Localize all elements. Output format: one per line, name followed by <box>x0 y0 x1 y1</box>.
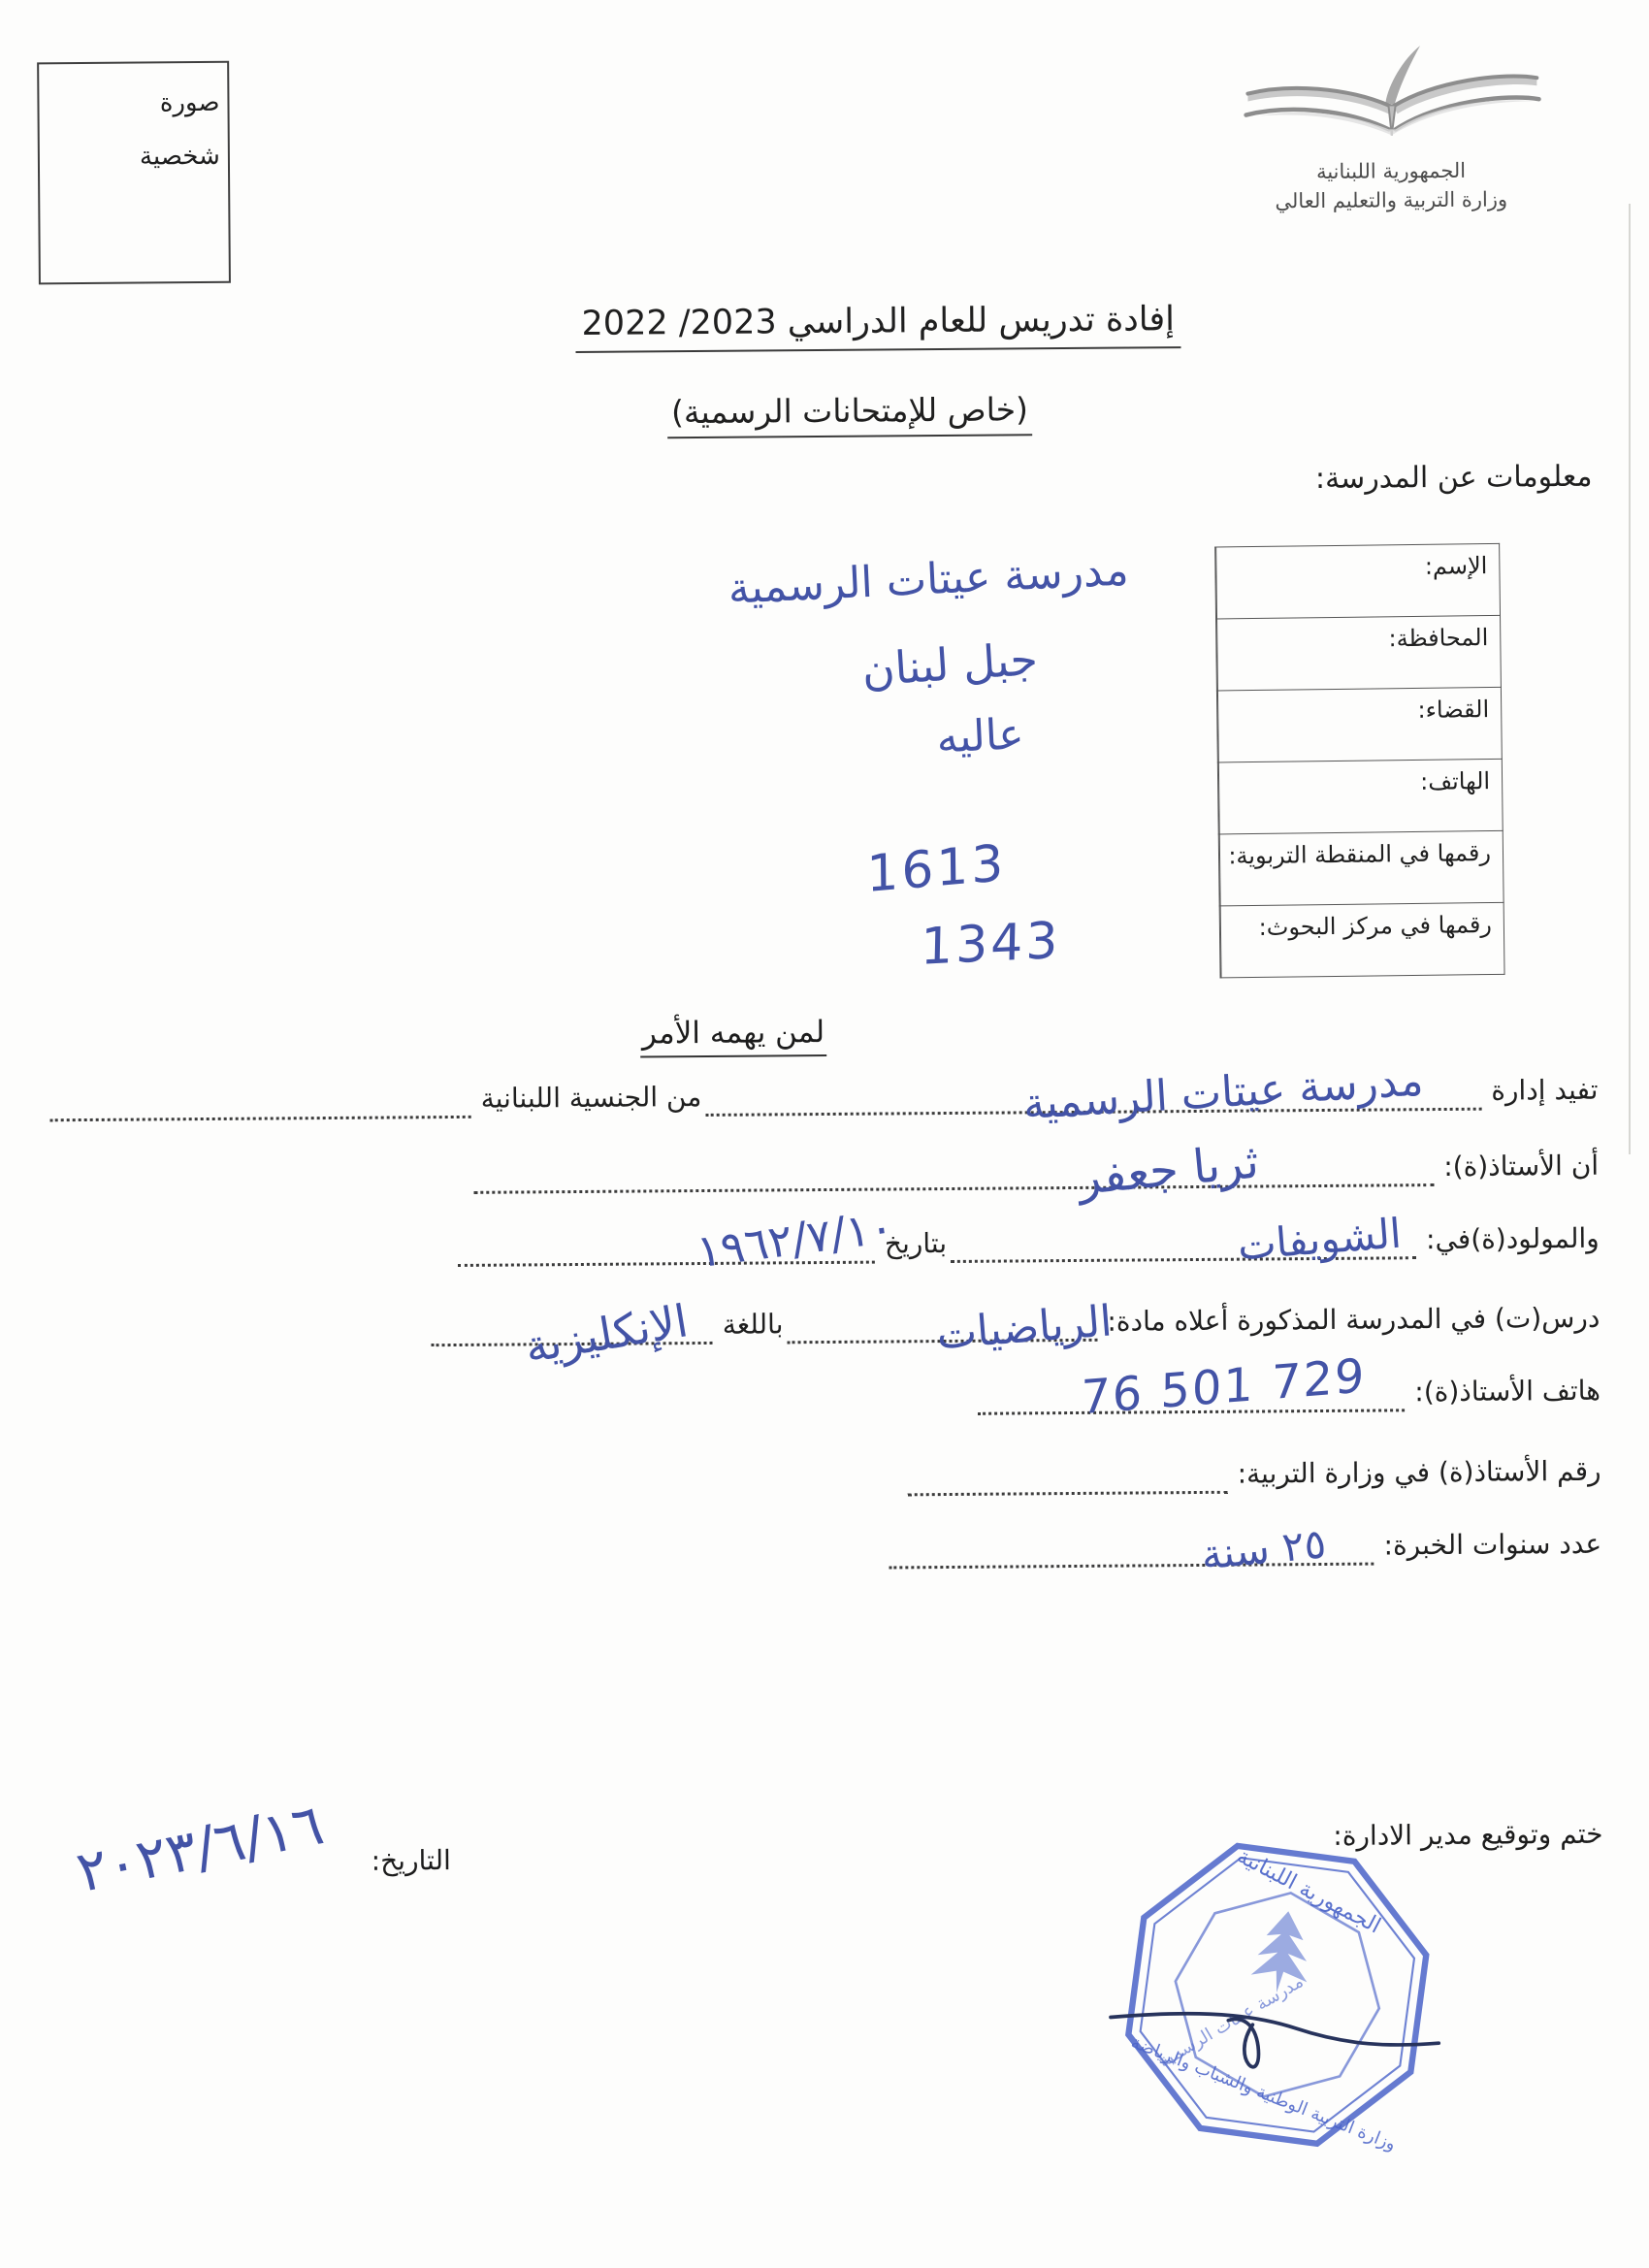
handwritten-birthdate: ١٩٦٢/٧/١٠ <box>694 1200 896 1278</box>
line1-dotted-field: مدرسة عيتات الرسمية <box>705 1072 1481 1117</box>
table-row-research-center-number: رقمها في مركز البحوث: 1343 <box>1219 902 1504 978</box>
row-label-governorate: المحافظة: <box>1217 615 1502 691</box>
handwritten-subject: الرياضيات <box>935 1296 1114 1359</box>
ministry-name-line2: وزارة التربية والتعليم العالي <box>1212 184 1570 216</box>
photo-box-label-line2: شخصية <box>40 129 220 183</box>
statement-line-school: تفيد إدارة مدرسة عيتات الرسمية من الجنسي… <box>49 1052 1601 1122</box>
line5-dotted-phone: 76 501 729 <box>978 1373 1405 1414</box>
line1-post: من الجنسية اللبنانية <box>471 1081 706 1118</box>
statement-line-phone: هاتف الأستاذ(ة): 76 501 729 <box>52 1352 1604 1423</box>
handwritten-school-name: مدرسة عيتات الرسمية <box>727 545 1129 613</box>
school-info-table: الإسم: مدرسة عيتات الرسمية المحافظة: جبل… <box>1214 543 1504 979</box>
handwritten-teacher-phone: 76 501 729 <box>1081 1348 1366 1425</box>
open-book-icon <box>1230 41 1551 158</box>
line3-dotted-birthdate: ١٩٦٢/٧/١٠ <box>458 1225 875 1267</box>
line7-dotted-experience: ٢٥ سنة <box>889 1527 1374 1570</box>
row-label-research-center-number: رقمها في مركز البحوث: <box>1220 902 1504 978</box>
statement-body: تفيد إدارة مدرسة عيتات الرسمية من الجنسي… <box>49 1052 1606 1646</box>
line3-dotted-birthplace: الشويفات <box>951 1220 1416 1263</box>
table-row-phone: الهاتف: <box>1217 759 1503 834</box>
line4-dotted-language: الإنكليزية <box>432 1306 713 1346</box>
line2-dotted-field: ثريا جعفر <box>473 1148 1434 1194</box>
photo-box-label-line1: صورة <box>39 77 219 131</box>
statement-line-subject: درس(ت) في المدرسة المذكورة أعلاه مادة: ا… <box>51 1280 1603 1350</box>
table-row-district: القضاء: عاليه <box>1216 687 1502 762</box>
document-title-row: إفادة تدريس للعام الدراسي 2023/ 2022 <box>0 296 1644 357</box>
statement-line-experience: عدد سنوات الخبرة: ٢٥ سنة <box>53 1506 1605 1576</box>
statement-line-ministry-number: رقم الأستاذ(ة) في وزارة التربية: <box>52 1433 1604 1504</box>
line1-dotted-tail <box>49 1080 470 1121</box>
line2-pre: أن الأستاذ(ة): <box>1434 1150 1602 1186</box>
table-row-governorate: المحافظة: جبل لبنان <box>1216 615 1502 691</box>
ministry-stamp: الجمهورية اللبنانية وزارة التربية الوطني… <box>1083 1808 1472 2181</box>
document-subtitle: (خاص للإمتحانات الرسمية) <box>667 390 1032 438</box>
document-content: صورة شخصية الجمهورية اللبنانية وزارة الت… <box>0 0 1649 2268</box>
statement-heading: لمن يهمه الأمر <box>640 1015 826 1058</box>
handwritten-school-name-statement: مدرسة عيتات الرسمية <box>1021 1055 1424 1129</box>
row-label-district: القضاء: <box>1217 687 1502 762</box>
table-row-name: الإسم: مدرسة عيتات الرسمية <box>1215 543 1501 619</box>
handwritten-governorate: جبل لبنان <box>860 632 1039 697</box>
photo-placeholder-box: صورة شخصية <box>37 61 231 285</box>
row-label-phone: الهاتف: <box>1218 759 1503 834</box>
line7-pre: عدد سنوات الخبرة: <box>1374 1528 1605 1566</box>
school-info-heading: معلومات عن المدرسة: <box>1315 460 1593 496</box>
statement-line-teacher: أن الأستاذ(ة): ثريا جعفر <box>50 1127 1602 1198</box>
handwritten-teacher-name: ثريا جعفر <box>1076 1134 1261 1205</box>
line3-pre: والمولود(ة)في: <box>1416 1222 1603 1260</box>
document-title: إفادة تدريس للعام الدراسي 2023/ 2022 <box>575 300 1180 353</box>
line4-pre: درس(ت) في المدرسة المذكورة أعلاه مادة: <box>1097 1302 1603 1342</box>
ministry-logo: الجمهورية اللبنانية وزارة التربية والتعل… <box>1211 41 1570 217</box>
handwritten-district: عاليه <box>935 709 1024 762</box>
ministry-name-line1: الجمهورية اللبنانية <box>1212 155 1570 187</box>
line6-dotted-empty <box>908 1455 1228 1497</box>
line5-pre: هاتف الأستاذ(ة): <box>1405 1375 1604 1412</box>
row-label-name: الإسم: <box>1216 543 1501 619</box>
scanned-document-page: صورة شخصية الجمهورية اللبنانية وزارة الت… <box>0 0 1649 2268</box>
statement-line-birth: والمولود(ة)في: الشويفات بتاريخ ١٩٦٢/٧/١٠ <box>50 1200 1602 1271</box>
octagonal-stamp-icon: الجمهورية اللبنانية وزارة التربية الوطني… <box>1083 1808 1472 2181</box>
line4-post: باللغة <box>713 1308 788 1345</box>
handwritten-date: ٢٠٢٣/٦/١٦ <box>71 1791 329 1905</box>
handwritten-birthplace: الشويفات <box>1237 1210 1404 1270</box>
line6-pre: رقم الأستاذ(ة) في وزارة التربية: <box>1228 1455 1605 1494</box>
line1-pre: تفيد إدارة <box>1481 1074 1602 1111</box>
date-label: التاريخ: <box>372 1844 451 1877</box>
line4-dotted-subject: الرياضيات <box>787 1303 1097 1345</box>
table-row-edu-district-number: رقمها في المنقطة التربوية: 1613 <box>1218 830 1503 906</box>
handwritten-edu-district-number: 1613 <box>866 834 1007 904</box>
handwritten-experience-years: ٢٥ سنة <box>1199 1519 1328 1578</box>
handwritten-research-center-number: 1343 <box>920 912 1061 977</box>
row-label-edu-district-number: رقمها في المنقطة التربوية: <box>1219 830 1503 906</box>
document-subtitle-row: (خاص للإمتحانات الرسمية) <box>0 385 1645 443</box>
